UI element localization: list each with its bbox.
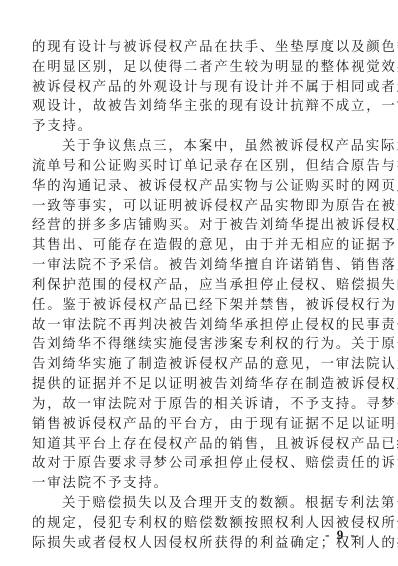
text-line: 的现有设计与被诉侵权产品在扶手、坐垫厚度以及颜色等方面存 [32, 38, 354, 58]
text-line: 一致等事实，可以证明被诉侵权产品实物即为原告在被告刘绮华 [32, 197, 354, 217]
text-line: 为，故一审法院对于原告的相关诉请，不予支持。寻梦公司作为 [32, 395, 354, 415]
text-line: 提供的证据并不足以证明被告刘绮华存在制造被诉侵权产品的行 [32, 375, 354, 395]
text-line: 流单号和公证购买时订单记录存在区别，但结合原告与被告刘绮 [32, 157, 354, 177]
text-line: 其售出、可能存在造假的意见，由于并无相应的证据予以佐证， [32, 236, 354, 256]
text-line: 华的沟通记录、被诉侵权产品实物与公证购买时的网页照片基本 [32, 177, 354, 197]
text-line: 观设计，故被告刘绮华主张的现有设计抗辩不成立，一审法院不 [32, 97, 354, 117]
text-line: 知道其平台上存在侵权产品的销售，且被诉侵权产品已经下架， [32, 435, 354, 455]
text-line: 故一审法院不再判决被告刘绮华承担停止侵权的民事责任。但被 [32, 316, 354, 336]
text-line: 任。鉴于被诉侵权产品已经下架并禁售，被诉侵权行为已经停止， [32, 296, 354, 316]
text-line: 一审法院不予支持。 [32, 474, 354, 494]
text-line: 在明显区别，足以使得二者产生较为明显的整体视觉效果差异。 [32, 58, 354, 78]
document-body: 的现有设计与被诉侵权产品在扶手、坐垫厚度以及颜色等方面存 在明显区别，足以使得二… [32, 38, 354, 554]
text-line: 被诉侵权产品的外观设计与现有设计并不属于相同或者近似的外 [32, 78, 354, 98]
text-line: 予支持。 [32, 117, 354, 137]
document-page: 的现有设计与被诉侵权产品在扶手、坐垫厚度以及颜色等方面存 在明显区别，足以使得二… [0, 0, 398, 566]
text-line: 告刘绮华不得继续实施侵害涉案专利权的行为。关于原告认为被 [32, 335, 354, 355]
page-number: - 9 - [325, 527, 357, 543]
text-line: 销售被诉侵权产品的平台方，由于现有证据不足以证明寻梦公司 [32, 415, 354, 435]
text-line: 一审法院不予采信。被告刘绮华擅自许诺销售、销售落入涉案专 [32, 256, 354, 276]
text-line: 经营的拼多多店铺购买。对于被告刘绮华提出被诉侵权产品并非 [32, 216, 354, 236]
text-line: 利保护范围的侵权产品，应当承担停止侵权、赔偿损失的民事责 [32, 276, 354, 296]
text-line: 告刘绮华实施了制造被诉侵权产品的意见，一审法院认为，原告 [32, 355, 354, 375]
paragraph-start-line: 关于争议焦点三，本案中，虽然被诉侵权产品实际发货的物 [32, 137, 354, 157]
text-line: 故对于原告要求寻梦公司承担停止侵权、赔偿责任的诉讼请求， [32, 454, 354, 474]
text-line: 际损失或者侵权人因侵权所获得的利益确定；权利人的损失或者 [32, 534, 354, 554]
paragraph-start-line: 关于赔偿损失以及合理开支的数额。根据专利法第七十一条 [32, 494, 354, 514]
text-line: 的规定，侵犯专利权的赔偿数额按照权利人因被侵权所受到的实 [32, 514, 354, 534]
